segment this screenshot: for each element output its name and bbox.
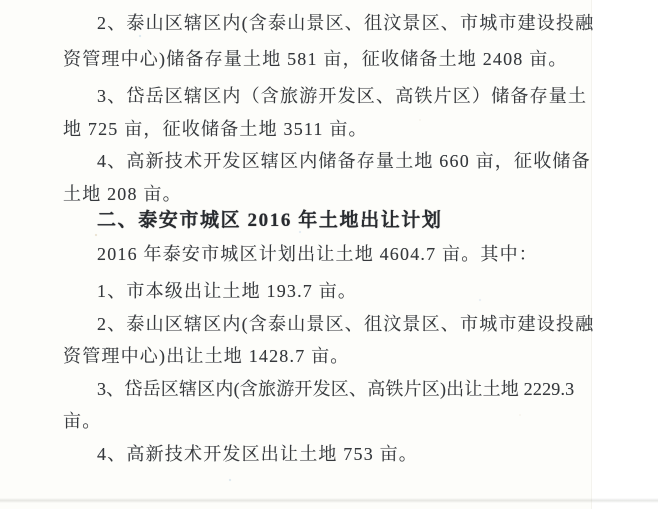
paragraph-line: 2、泰山区辖区内(含泰山景区、徂汶景区、市城市建设投融 — [97, 12, 594, 34]
paragraph-line: 3、岱岳区辖区内（含旅游开发区、高铁片区）储备存量土 — [97, 85, 587, 107]
paragraph-line: 亩。 — [63, 410, 101, 432]
paragraph-line: 地 725 亩，征收储备土地 3511 亩。 — [63, 118, 368, 140]
paragraph-line: 2、泰山区辖区内(含泰山景区、徂汶景区、市城市建设投融 — [97, 313, 594, 335]
paragraph-line: 资管理中心)储备存量土地 581 亩，征收储备土地 2408 亩。 — [63, 48, 568, 70]
scanned-document-page: 2、泰山区辖区内(含泰山景区、徂汶景区、市城市建设投融 资管理中心)储备存量土地… — [0, 0, 658, 509]
paragraph-line: 4、高新技术开发区辖区内储备存量土地 660 亩，征收储备 — [97, 150, 591, 172]
paragraph-line: 2016 年泰安市城区计划出让土地 4604.7 亩。其中： — [97, 243, 538, 265]
paragraph-line: 资管理中心)出让土地 1428.7 亩。 — [63, 345, 350, 367]
paragraph-line: 土地 208 亩。 — [63, 183, 182, 205]
paragraph-line: 4、高新技术开发区出让土地 753 亩。 — [97, 443, 418, 465]
paragraph-line: 3、岱岳区辖区内(含旅游开发区、高铁片区)出让土地 2229.3 — [97, 378, 574, 400]
section-heading: 二、泰安市城区 2016 年土地出让计划 — [97, 210, 443, 232]
document-text: 2、泰山区辖区内(含泰山景区、徂汶景区、市城市建设投融 资管理中心)储备存量土地… — [0, 0, 658, 509]
paragraph-line: 1、市本级出让土地 193.7 亩。 — [97, 280, 357, 302]
